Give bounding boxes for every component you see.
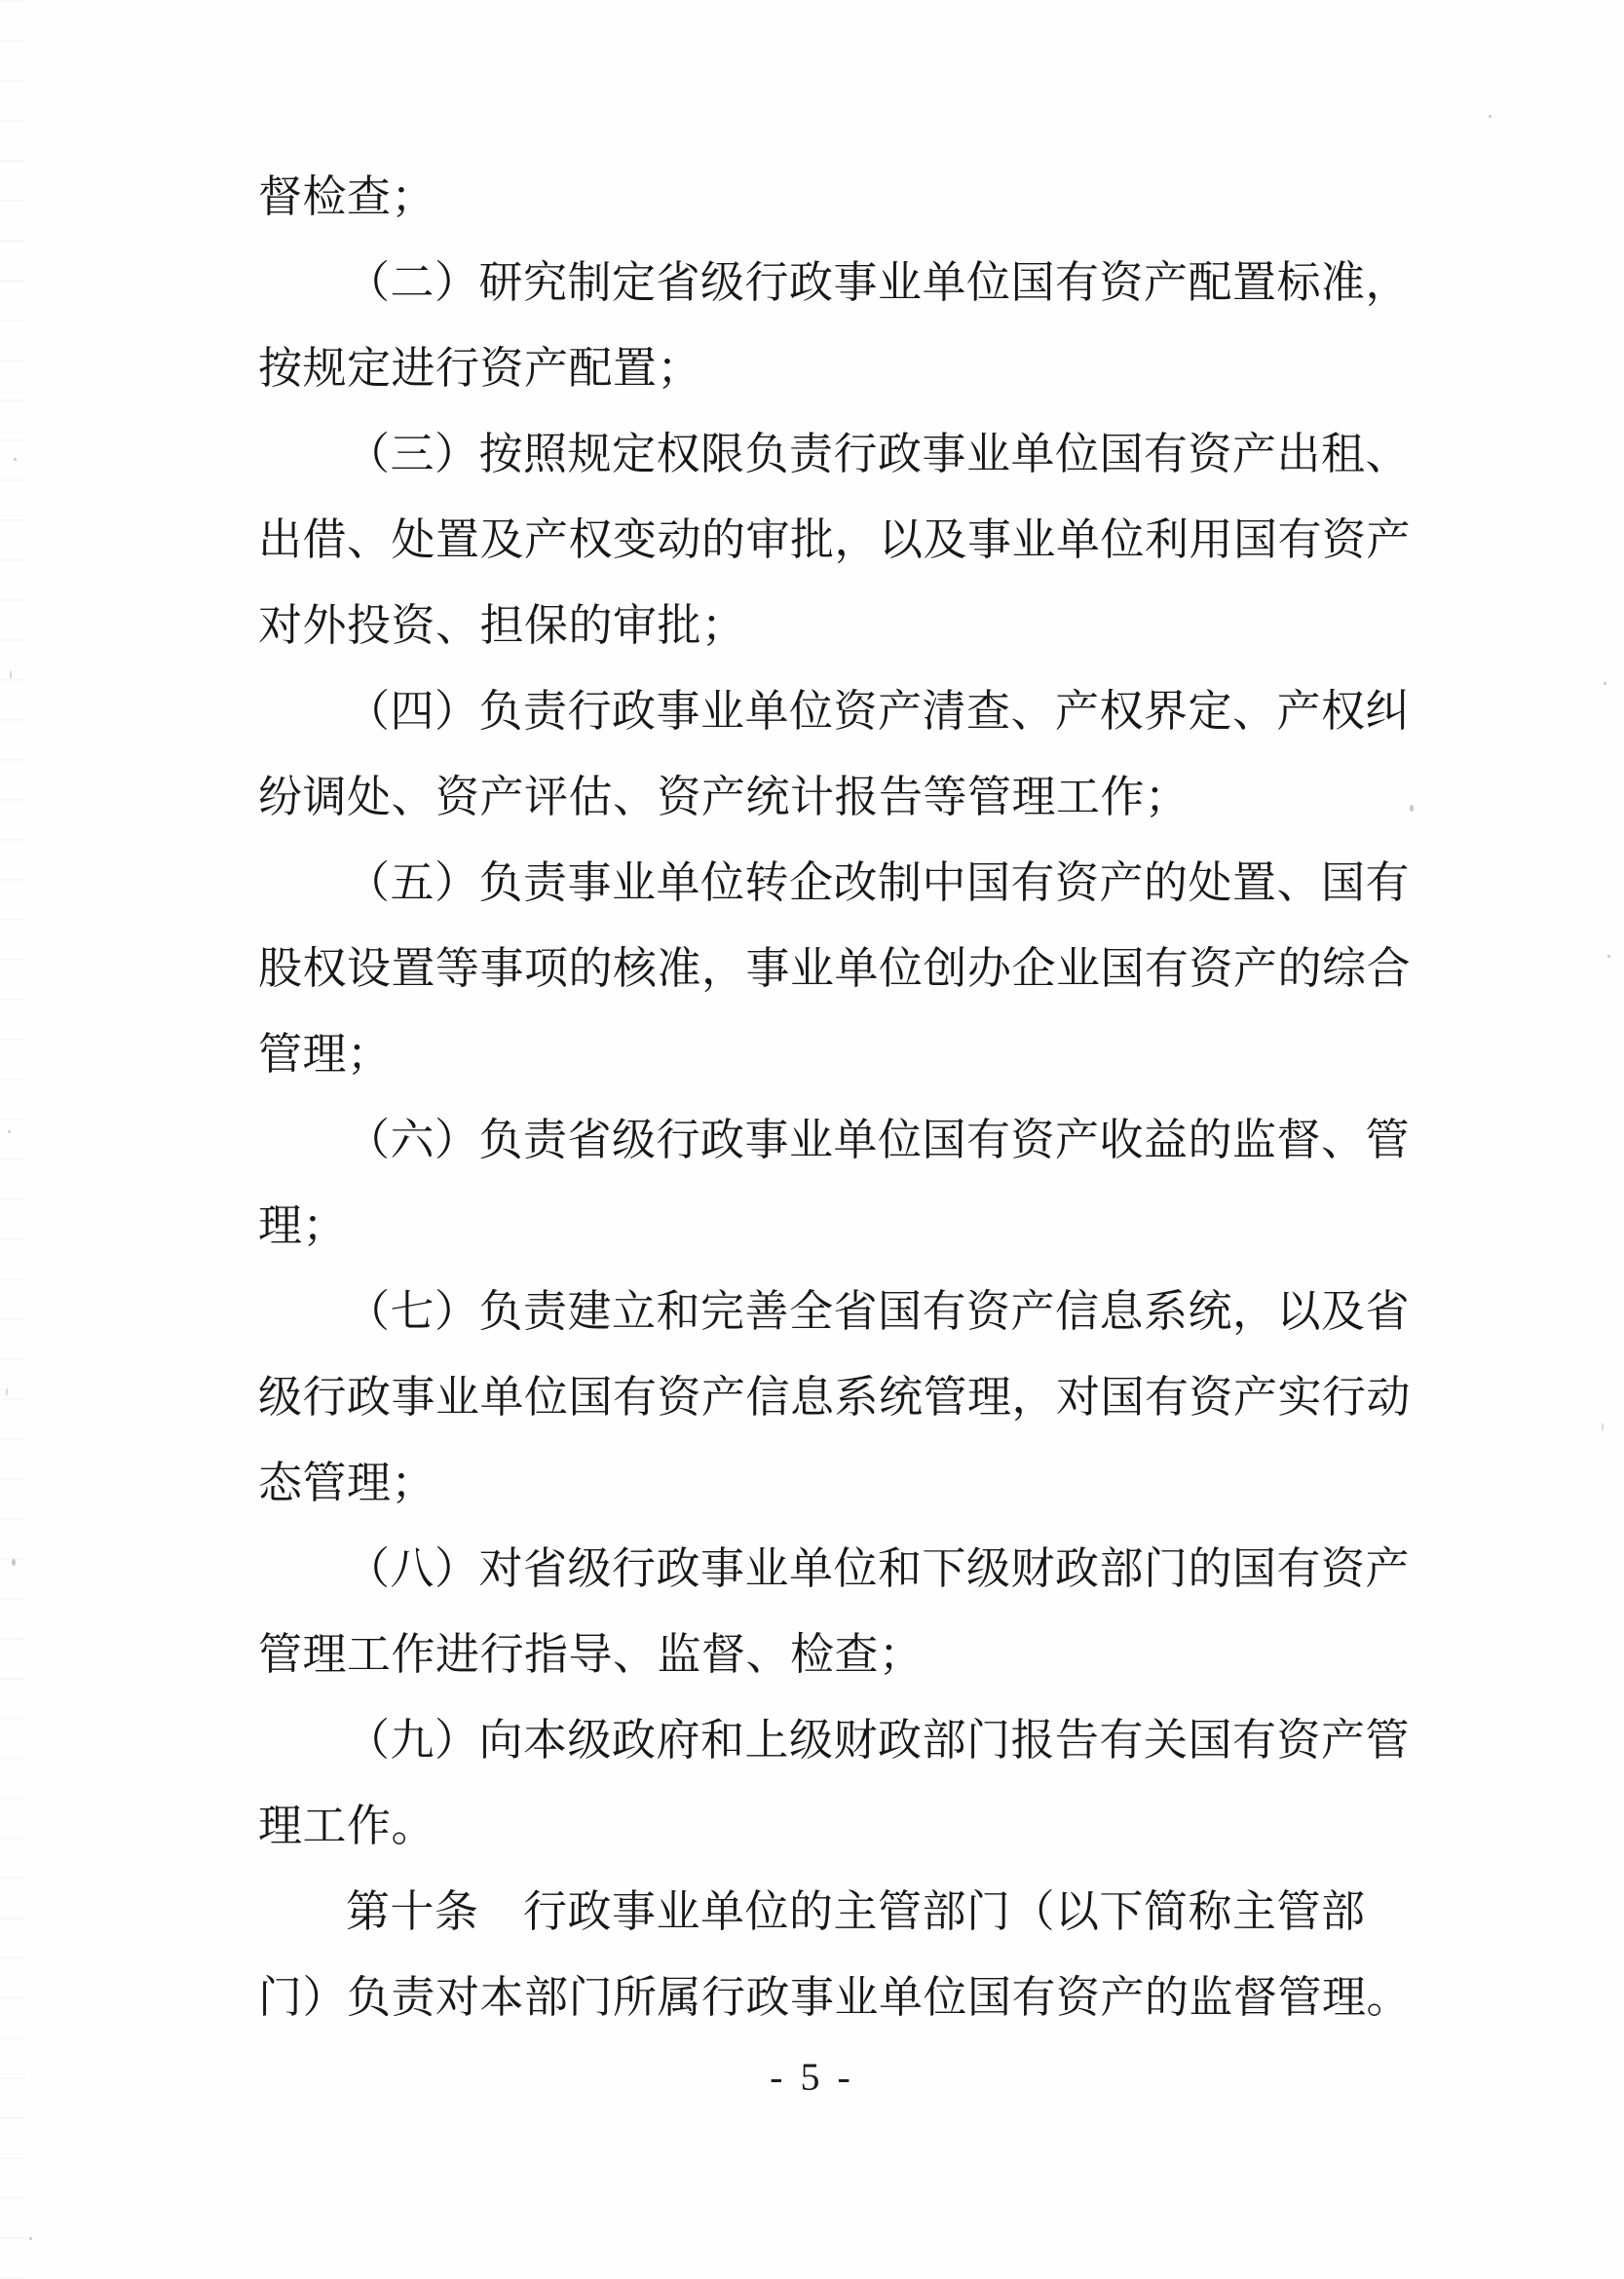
scan-speck <box>1602 1423 1604 1431</box>
text-line: 督检查； <box>258 154 1408 240</box>
text-line: 第十条 行政事业单位的主管部门（以下简称主管部 <box>258 1869 1408 1955</box>
document-body: 督检查； （二）研究制定省级行政事业单位国有资产配置标准， 按规定进行资产配置；… <box>258 154 1408 2040</box>
text-line: （六）负责省级行政事业单位国有资产收益的监督、管 <box>258 1097 1408 1183</box>
page-number: - 5 - <box>0 2054 1624 2100</box>
scan-speck <box>1489 115 1492 118</box>
scan-speck <box>1607 955 1610 958</box>
text-line: （二）研究制定省级行政事业单位国有资产配置标准， <box>258 240 1408 325</box>
text-line: （四）负责行政事业单位资产清查、产权界定、产权纠 <box>258 668 1408 754</box>
text-line: 理； <box>258 1183 1408 1269</box>
text-line: 理工作。 <box>258 1783 1408 1869</box>
scan-edge-noise <box>0 0 25 2279</box>
text-line: 股权设置等事项的核准，事业单位创办企业国有资产的综合 <box>258 926 1408 1011</box>
text-line: 按规定进行资产配置； <box>258 325 1408 411</box>
scan-speck <box>12 1559 16 1566</box>
scan-speck <box>1410 805 1414 812</box>
text-line: 对外投资、担保的审批； <box>258 583 1408 668</box>
scan-speck <box>14 458 17 461</box>
scan-speck <box>29 2237 32 2240</box>
scan-speck <box>10 670 12 679</box>
text-line: 管理； <box>258 1011 1408 1097</box>
text-line: 纷调处、资产评估、资产统计报告等管理工作； <box>258 754 1408 840</box>
text-line: （八）对省级行政事业单位和下级财政部门的国有资产 <box>258 1526 1408 1612</box>
text-line: （九）向本级政府和上级财政部门报告有关国有资产管 <box>258 1697 1408 1783</box>
scan-speck <box>8 1130 11 1133</box>
scan-speck <box>6 1387 8 1396</box>
text-line: 态管理； <box>258 1440 1408 1526</box>
text-line: 门）负责对本部门所属行政事业单位国有资产的监督管理。 <box>258 1955 1408 2040</box>
text-line: 级行政事业单位国有资产信息系统管理，对国有资产实行动 <box>258 1354 1408 1440</box>
text-line: （七）负责建立和完善全省国有资产信息系统，以及省 <box>258 1269 1408 1354</box>
scan-speck <box>1604 682 1606 685</box>
text-line: 管理工作进行指导、监督、检查； <box>258 1612 1408 1697</box>
text-line: （三）按照规定权限负责行政事业单位国有资产出租、 <box>258 411 1408 497</box>
scanned-document-page: 督检查； （二）研究制定省级行政事业单位国有资产配置标准， 按规定进行资产配置；… <box>0 0 1624 2279</box>
text-line: （五）负责事业单位转企改制中国有资产的处置、国有 <box>258 840 1408 926</box>
text-line: 出借、处置及产权变动的审批，以及事业单位利用国有资产 <box>258 497 1408 583</box>
